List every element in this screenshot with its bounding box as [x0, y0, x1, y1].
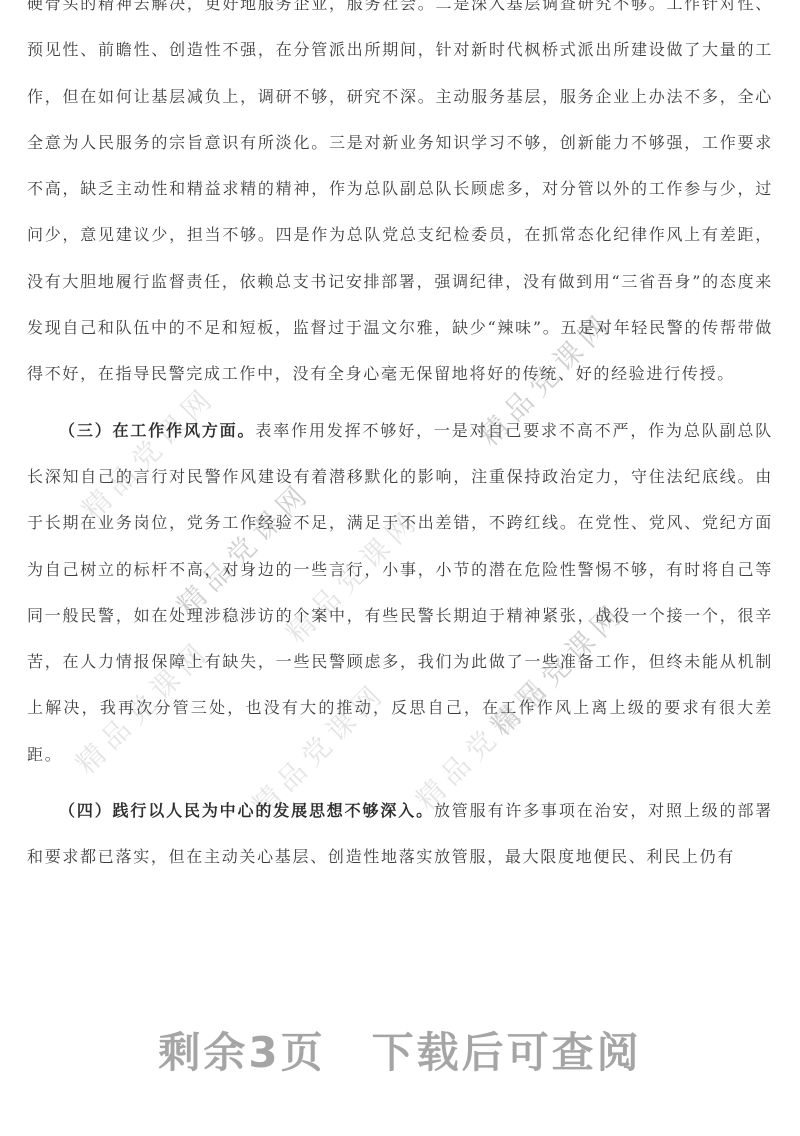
paragraph: （三）在工作作风方面。表率作用发挥不够好，一是对自己要求不高不严，作为总队副总队… — [27, 408, 773, 778]
preview-footer: 剩余3页 下载后可查阅 — [0, 1028, 800, 1078]
paragraph: （四）践行以人民为中心的发展思想不够深入。放管服有许多事项在治安，对照上级的部署… — [27, 788, 773, 881]
paragraph: 硬骨头的精神去解决，更好地服务企业，服务社会。二是深入基层调查研究不够。工作针对… — [27, 0, 773, 398]
document-text: 硬骨头的精神去解决，更好地服务企业，服务社会。二是深入基层调查研究不够。工作针对… — [27, 0, 773, 891]
paragraph-heading: （四）践行以人民为中心的发展思想不够深入。 — [59, 801, 434, 820]
remaining-pages-label: 剩余3页 — [158, 1028, 325, 1078]
paragraph-text: 硬骨头的精神去解决，更好地服务企业，服务社会。二是深入基层调查研究不够。工作针对… — [27, 0, 773, 383]
download-hint-label: 下载后可查阅 — [372, 1028, 642, 1078]
document-page: 精品党课网 精品党课网 精品党课网 精品党课网 精品党课网 精品党课网 精品党课… — [0, 0, 800, 1136]
paragraph-text: 表率作用发挥不够好，一是对自己要求不高不严，作为总队副总队长深知自己的言行对民警… — [27, 421, 773, 764]
paragraph-heading: （三）在工作作风方面。 — [59, 421, 255, 440]
